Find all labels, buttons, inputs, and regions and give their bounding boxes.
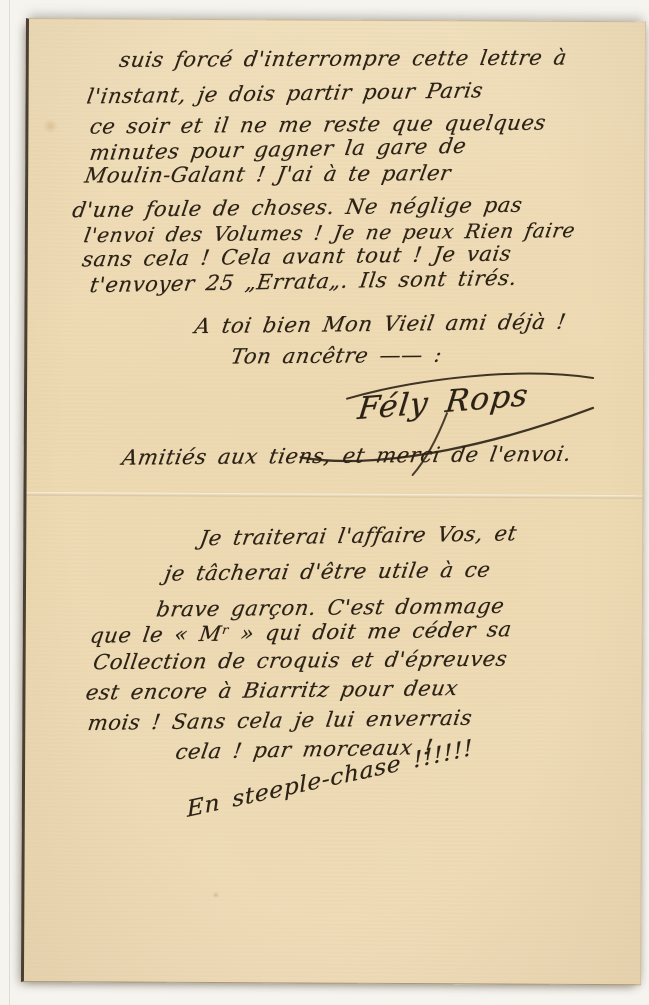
- letter-line: l'instant, je dois partir pour Paris: [85, 79, 485, 108]
- paper-stain: [42, 119, 58, 133]
- letter-line: que le « Mʳ » qui doit me céder sa: [88, 618, 513, 648]
- letter-line: Collection de croquis et d'épreuves: [91, 648, 509, 675]
- letter-line-ancestor: Ton ancêtre —— :: [229, 344, 444, 369]
- fold-crease: [26, 492, 642, 499]
- closing-line: Amitiés aux tiens, et merci de l'envoi.: [120, 443, 573, 470]
- letter-line-farewell: A toi bien Mon Vieil ami déjà !: [193, 311, 568, 339]
- letter-line: t'envoyer 25 „Errata„. Ils sont tirés.: [88, 267, 518, 297]
- letter-body-top: suis forcé d'interrompre cette lettre à …: [29, 19, 645, 22]
- letter-page: suis forcé d'interrompre cette lettre à …: [21, 18, 646, 985]
- letter-line: Je traiterai l'affaire Vos, et: [198, 522, 519, 550]
- letter-line: suis forcé d'interrompre cette lettre à: [118, 47, 569, 72]
- letter-line: mois ! Sans cela je lui enverrais: [86, 707, 474, 735]
- letter-body-postscript: Je traiterai l'affaire Vos, et je tâcher…: [29, 19, 645, 22]
- letter-line: ce soir et il ne me reste que quelques: [88, 112, 547, 139]
- paper-stain: [212, 892, 219, 898]
- letter-line: je tâcherai d'être utile à ce: [163, 559, 493, 586]
- letter-line: d'une foule de choses. Ne néglige pas: [71, 194, 524, 223]
- scan-artifact-line: [9, 0, 10, 1005]
- scanned-letter: suis forcé d'interrompre cette lettre à …: [0, 0, 649, 1005]
- letter-line: Moulin-Galant ! J'ai à te parler: [83, 162, 453, 188]
- letter-line: est encore à Biarritz pour deux: [84, 677, 460, 705]
